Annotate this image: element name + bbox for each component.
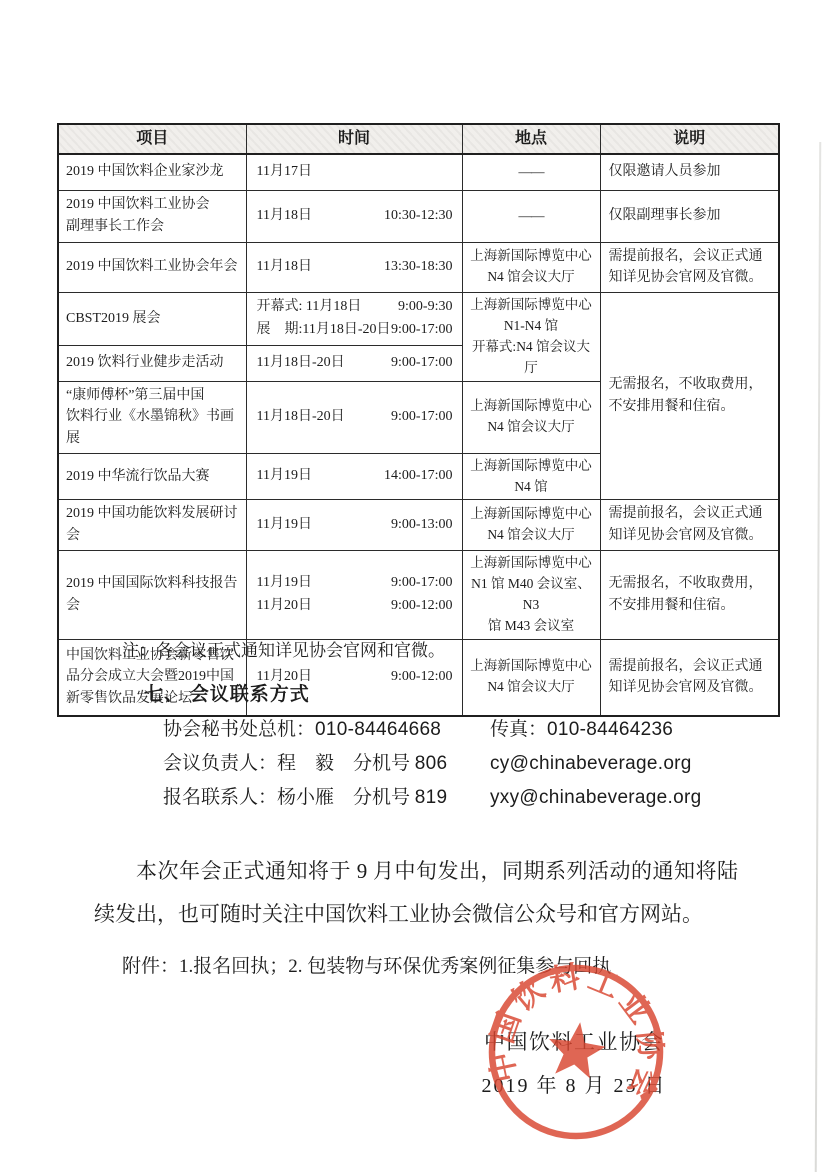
time-cell: 11月19日9:00-17:00 11月20日9:00-12:00	[246, 550, 462, 639]
header-label: 地点	[515, 130, 547, 147]
time-cell: 11月17日	[246, 154, 462, 190]
contact-line: 会议负责人：程 毅 分机号 806 cy@chinabeverage.org	[163, 748, 723, 782]
location-cell: 上海新国际博览中心 N4 馆会议大厅	[462, 381, 600, 453]
table-row: 2019 中国国际饮料科技报告会 11月19日9:00-17:00 11月20日…	[58, 550, 779, 639]
project-cell: 2019 中国国际饮料科技报告会	[58, 550, 246, 639]
column-header-location: 地点	[462, 124, 600, 154]
note-cell: 仅限邀请人员参加	[600, 154, 779, 190]
date-text: 11月17日	[257, 161, 312, 183]
project-cell: 2019 中国饮料企业家沙龙	[58, 154, 246, 190]
scan-edge-artifact	[815, 142, 821, 1172]
time-text: 9:00-12:00	[391, 595, 452, 617]
contact-line: 报名联系人：杨小雁 分机号 819 yxy@chinabeverage.org	[163, 782, 723, 816]
header-label: 说明	[673, 130, 705, 147]
date-text: 11月18日-20日	[257, 406, 345, 428]
seal-star-icon	[544, 1018, 608, 1080]
date-text: 11月18日	[257, 205, 312, 227]
time-text: 14:00-17:00	[384, 465, 452, 487]
email-address: cy@chinabeverage.org	[490, 753, 692, 774]
table-row: 2019 中国饮料工业协会年会 11月18日13:30-18:30 上海新国际博…	[58, 242, 779, 292]
time-cell: 11月19日9:00-13:00	[246, 500, 462, 550]
column-header-time: 时间	[246, 124, 462, 154]
location-cell-merged: 上海新国际博览中心 N1-N4 馆 开幕式:N4 馆会议大厅	[462, 292, 600, 381]
time-cell: 11月18日-20日9:00-17:00	[246, 381, 462, 453]
time-text: 9:00-17:00	[391, 352, 452, 374]
email-address: yxy@chinabeverage.org	[490, 787, 701, 808]
note-cell: 需提前报名，会议正式通知详见协会官网及官微。	[600, 242, 779, 292]
location-cell: 上海新国际博览中心 N4 馆会议大厅	[462, 500, 600, 550]
location-cell: 上海新国际博览中心 N4 馆会议大厅	[462, 639, 600, 716]
location-cell: 上海新国际博览中心 N1 馆 M40 会议室、N3 馆 M43 会议室	[462, 550, 600, 639]
column-header-project: 项目	[58, 124, 246, 154]
date-text: 11月19日	[257, 572, 312, 594]
note-cell: 需提前报名，会议正式通知详见协会官网及官微。	[600, 639, 779, 716]
time-text: 9:00-12:00	[391, 666, 452, 688]
date-text: 11月18日-20日	[257, 352, 345, 374]
project-cell: CBST2019 展会	[58, 292, 246, 345]
time-text: 9:00-9:30	[398, 296, 452, 318]
project-cell: 2019 中华流行饮品大赛	[58, 453, 246, 500]
header-label: 时间	[338, 130, 370, 147]
location-cell: ——	[462, 154, 600, 190]
scanned-document-page: { "table": { "headers": ["项目", "时间", "地点…	[0, 0, 827, 1172]
extension-number: 819	[415, 787, 448, 808]
time-cell: 11月18日13:30-18:30	[246, 242, 462, 292]
time-text: 9:00-17:00	[391, 572, 452, 594]
note-cell-merged: 无需报名，不收取费用，不安排用餐和住宿。	[600, 292, 779, 500]
table-row: 2019 中国饮料工业协会 副理事长工作会 11月18日10:30-12:30 …	[58, 190, 779, 242]
note-cell: 需提前报名，会议正式通知详见协会官网及官微。	[600, 500, 779, 550]
contact-label: 报名联系人：杨小雁 分机号	[163, 787, 415, 808]
table-header-row: 项目 时间 地点 说明	[58, 124, 779, 154]
column-header-note: 说明	[600, 124, 779, 154]
contact-label: 传真：	[490, 719, 547, 740]
note-cell: 仅限副理事长参加	[600, 190, 779, 242]
date-text: 开幕式: 11月18日	[257, 296, 362, 318]
header-label: 项目	[136, 130, 168, 147]
time-cell: 开幕式: 11月18日9:00-9:30 展 期:11月18日-20日9:00-…	[246, 292, 462, 345]
conference-schedule-table: 项目 时间 地点 说明 2019 中国饮料企业家沙龙 11月17日 —— 仅限邀…	[57, 123, 780, 717]
table-footnote: 注：各会议正式通知详见协会官网和官微。	[122, 636, 445, 661]
date-text: 11月20日	[257, 595, 312, 617]
date-text: 11月18日	[257, 256, 312, 278]
date-text: 11月19日	[257, 514, 312, 536]
time-cell: 11月18日-20日9:00-17:00	[246, 345, 462, 381]
official-seal-stamp: 中国饮料工业协会	[476, 952, 676, 1152]
contact-line: 协会秘书处总机：010-84464668 传真：010-84464236	[163, 714, 723, 748]
project-cell: 2019 中国功能饮料发展研讨会	[58, 500, 246, 550]
time-text: 13:30-18:30	[384, 256, 452, 278]
fax-number: 010-84464236	[547, 719, 673, 740]
closing-paragraph: 本次年会正式通知将于 9 月中旬发出，同期系列活动的通知将陆续发出，也可随时关注…	[94, 850, 738, 936]
phone-number: 010-84464668	[315, 719, 441, 740]
table-row: 2019 中国功能饮料发展研讨会 11月19日9:00-13:00 上海新国际博…	[58, 500, 779, 550]
section-heading-contact: 七、 会议联系方式	[144, 679, 310, 706]
time-text: 9:00-17:00	[391, 406, 452, 428]
time-text: 9:00-17:00	[391, 319, 452, 341]
project-cell: 2019 中国饮料工业协会 副理事长工作会	[58, 190, 246, 242]
contact-block: 协会秘书处总机：010-84464668 传真：010-84464236 会议负…	[163, 714, 723, 816]
time-cell: 11月18日10:30-12:30	[246, 190, 462, 242]
contact-label: 会议负责人：程 毅 分机号	[163, 753, 415, 774]
time-cell: 11月19日14:00-17:00	[246, 453, 462, 500]
table-row: 2019 中国饮料企业家沙龙 11月17日 —— 仅限邀请人员参加	[58, 154, 779, 190]
location-cell: 上海新国际博览中心 N4 馆	[462, 453, 600, 500]
time-text: 10:30-12:30	[384, 205, 452, 227]
project-cell: 2019 饮料行业健步走活动	[58, 345, 246, 381]
contact-label: 协会秘书处总机：	[163, 719, 315, 740]
location-cell: 上海新国际博览中心 N4 馆会议大厅	[462, 242, 600, 292]
note-cell: 无需报名，不收取费用，不安排用餐和住宿。	[600, 550, 779, 639]
time-text: 9:00-13:00	[391, 514, 452, 536]
table-row: CBST2019 展会 开幕式: 11月18日9:00-9:30 展 期:11月…	[58, 292, 779, 345]
location-cell: ——	[462, 190, 600, 242]
date-text: 展 期:11月18日-20日	[257, 319, 391, 341]
date-text: 11月19日	[257, 465, 312, 487]
project-cell: 2019 中国饮料工业协会年会	[58, 242, 246, 292]
project-cell: “康师傅杯”第三届中国 饮料行业《水墨锦秋》书画展	[58, 381, 246, 453]
extension-number: 806	[415, 753, 448, 774]
